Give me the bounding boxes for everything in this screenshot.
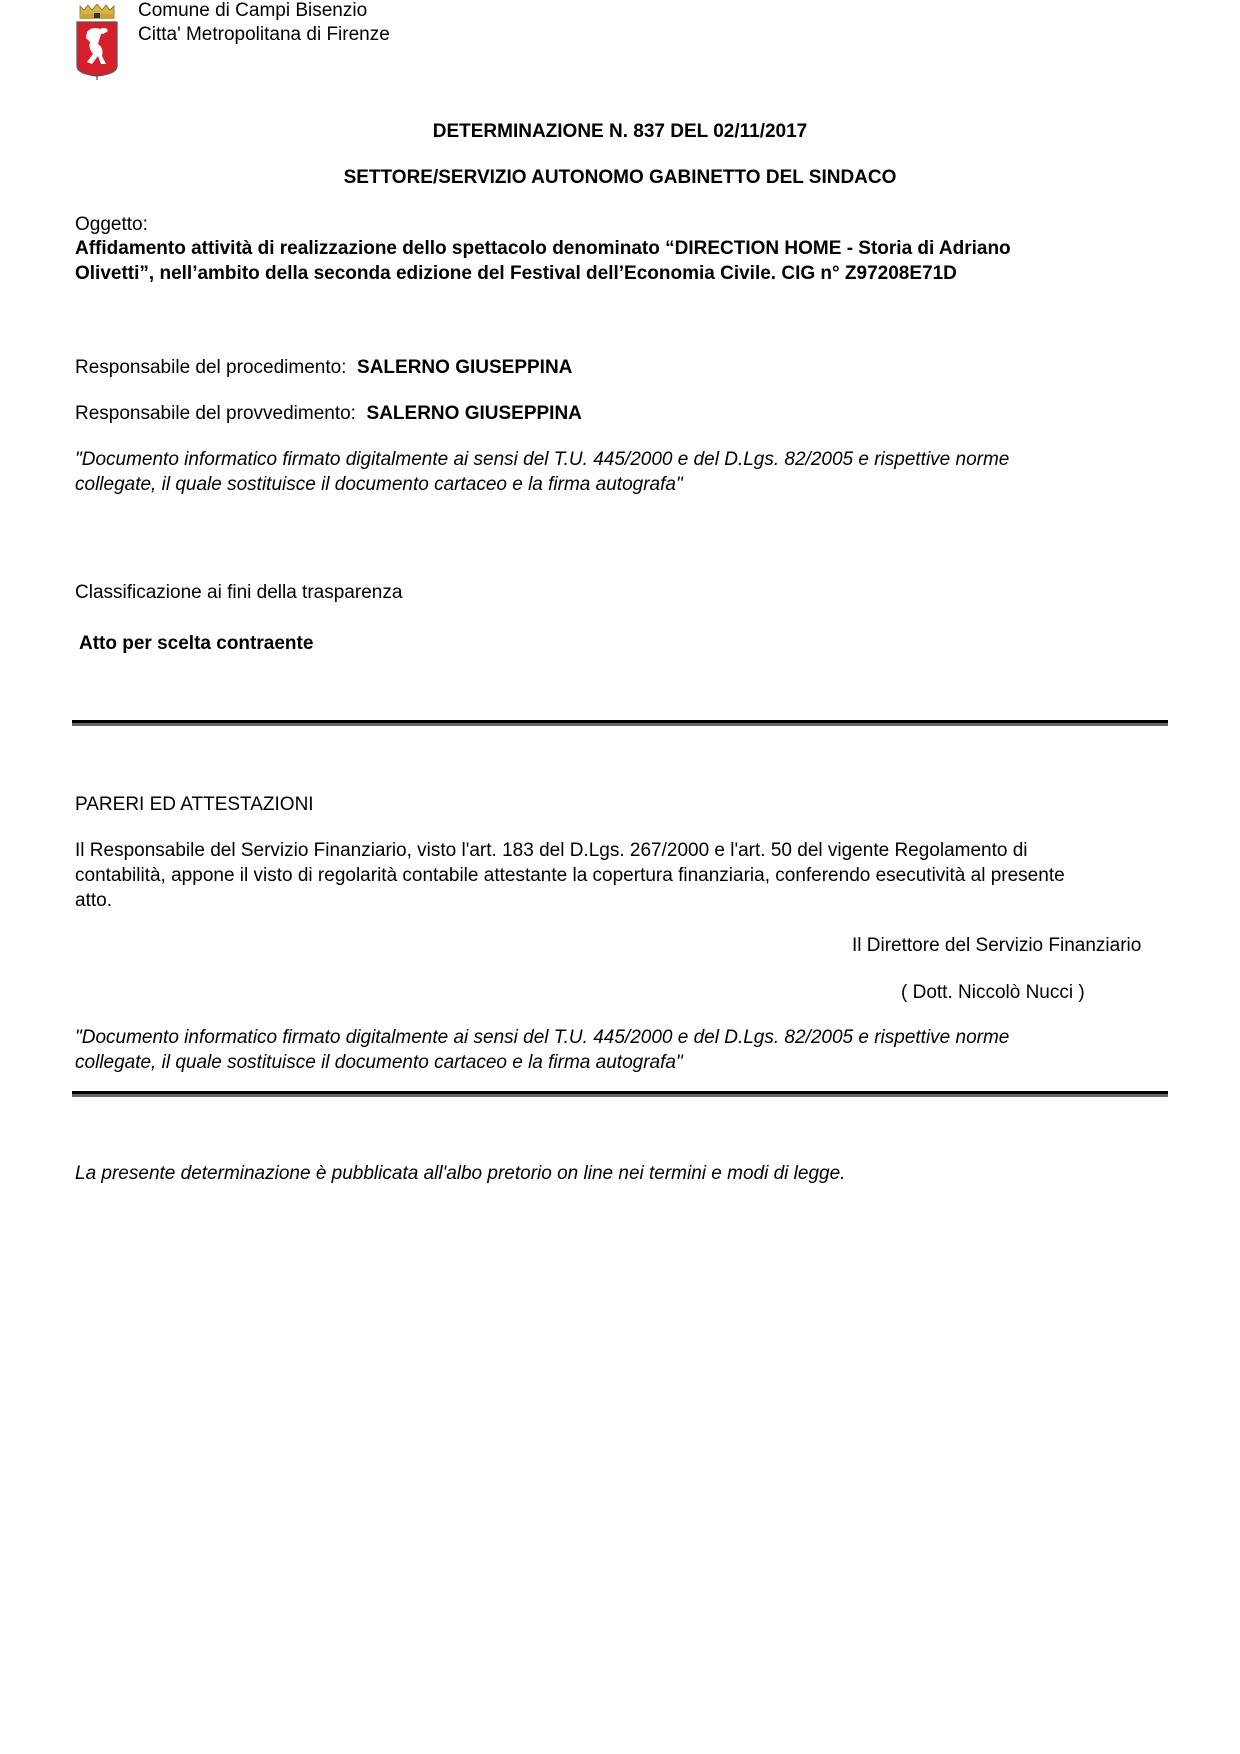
sector-title: SETTORE/SERVIZIO AUTONOMO GABINETTO DEL … xyxy=(0,165,1240,190)
responsible-measure-value: SALERNO GIUSEPPINA xyxy=(367,403,582,424)
publication-note: La presente determinazione è pubblicata … xyxy=(75,1161,845,1186)
opinions-signature-note-line-2: collegate, il quale sostituisce il docum… xyxy=(75,1050,683,1075)
subject-line-2: Olivetti”, nell’ambito della seconda edi… xyxy=(75,261,957,286)
responsible-procedure-value: SALERNO GIUSEPPINA xyxy=(357,357,572,378)
classification-label: Classificazione ai fini della trasparenz… xyxy=(75,580,402,605)
section-divider xyxy=(72,720,1168,726)
opinions-signature-note-line-1: "Documento informatico firmato digitalme… xyxy=(75,1025,1009,1050)
subject-label: Oggetto: xyxy=(75,212,148,237)
subject-line-1: Affidamento attività di realizzazione de… xyxy=(75,236,1011,261)
classification-value: Atto per scelta contraente xyxy=(79,631,313,656)
signature-note-line-2: collegate, il quale sostituisce il docum… xyxy=(75,472,683,497)
responsible-measure-label: Responsabile del provvedimento: xyxy=(75,403,356,424)
signature-note-line-1: "Documento informatico firmato digitalme… xyxy=(75,447,1009,472)
responsible-measure: Responsabile del provvedimento: SALERNO … xyxy=(75,401,582,426)
opinions-text-line-1: Il Responsabile del Servizio Finanziario… xyxy=(75,838,1028,863)
document-title: DETERMINAZIONE N. 837 DEL 02/11/2017 xyxy=(0,119,1240,144)
municipality-name: Comune di Campi Bisenzio xyxy=(138,0,367,22)
metro-city-name: Citta' Metropolitana di Firenze xyxy=(138,24,390,46)
section-divider xyxy=(72,1091,1168,1097)
responsible-procedure-label: Responsabile del procedimento: xyxy=(75,357,346,378)
opinions-heading: PARERI ED ATTESTAZIONI xyxy=(75,792,314,817)
director-title: Il Direttore del Servizio Finanziario xyxy=(852,933,1141,958)
opinions-text-line-2: contabilità, appone il visto di regolari… xyxy=(75,863,1065,888)
director-name: ( Dott. Niccolò Nucci ) xyxy=(901,980,1085,1005)
opinions-text-line-3: atto. xyxy=(75,888,112,913)
responsible-procedure: Responsabile del procedimento: SALERNO G… xyxy=(75,355,572,380)
coat-of-arms-icon xyxy=(74,4,120,80)
